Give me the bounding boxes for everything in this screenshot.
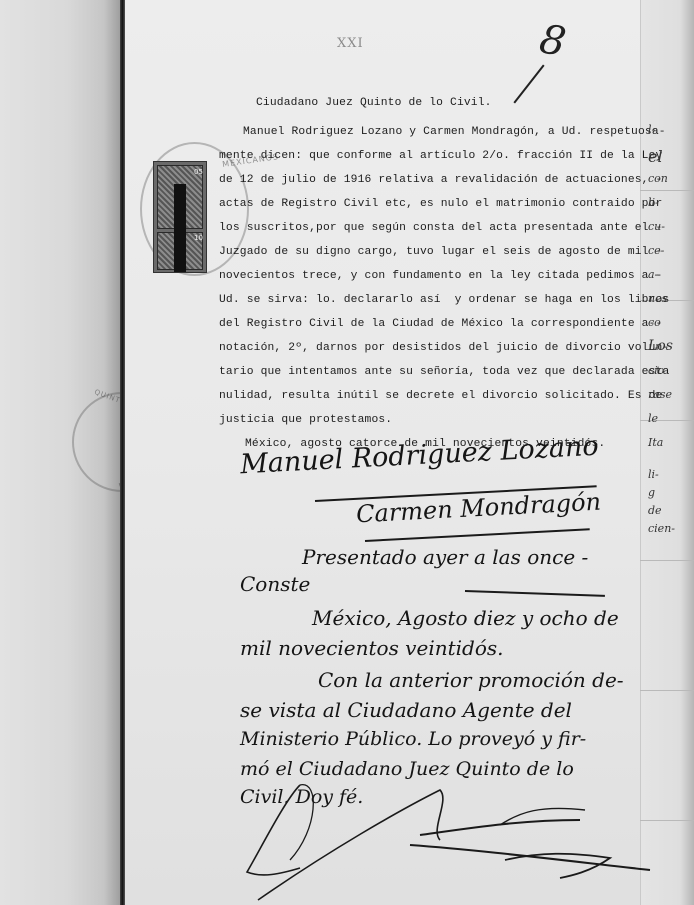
margin-fragment: cio	[648, 364, 664, 377]
court-note-line: mil novecientos veintidós.	[240, 636, 504, 660]
margin-fragment: cu-	[648, 220, 665, 233]
court-note-line: México, Agosto diez y ocho de	[312, 606, 619, 630]
page-shadow	[680, 0, 694, 905]
court-note-line: Ministerio Público. Lo proveyó y fir-	[240, 728, 586, 750]
petition-line: Ud. se sirva: lo. declararlo así y orden…	[219, 294, 669, 306]
stamp-value-bottom: 10	[194, 234, 203, 242]
petition-line: de 12 de julio de 1916 relativa a revali…	[219, 174, 662, 186]
court-note-line: Conste	[240, 572, 310, 596]
margin-fragment: le	[648, 412, 658, 425]
court-note-line: Con la anterior promoción de-	[318, 668, 624, 692]
margin-fragment: nes	[648, 292, 667, 305]
petition-line: del Registro Civil de la Ciudad de Méxic…	[219, 318, 662, 330]
court-note-line: mó el Ciudadano Juez Quinto de lo	[240, 758, 574, 780]
petition-line: Juzgado de su digno cargo, tuvo lugar el…	[219, 246, 662, 258]
stamp-cancel-bar	[174, 184, 186, 272]
stamp-value-top: 05	[194, 168, 203, 176]
revenue-stamps: 05 10	[153, 161, 207, 273]
petition-line: notación, 2º, darnos por desistidos del …	[219, 342, 669, 354]
margin-fragment: ce-	[648, 244, 664, 257]
petition-line: nulidad, resulta inútil se decrete el di…	[219, 390, 662, 402]
petition-line: tario que intentamos ante su señoría, to…	[219, 366, 669, 378]
margin-fragment: li-	[648, 196, 659, 209]
margin-fragment: de	[648, 504, 662, 517]
margin-fragment: rase	[648, 388, 672, 401]
margin-fragment: l-	[648, 123, 655, 136]
margin-fragment: co	[648, 316, 661, 329]
court-note-line: Civil. Doy fé.	[240, 786, 363, 808]
margin-fragment: Los	[648, 338, 673, 354]
margin-fragment: a-	[648, 268, 658, 281]
petition-line: novecientos trece, y con fundamento en l…	[219, 270, 662, 282]
court-note-line: Presentado ayer a las once -	[302, 545, 588, 569]
court-note-line: se vista al Ciudadano Agente del	[240, 698, 572, 722]
margin-fragment: el	[648, 147, 663, 166]
margin-fragment: Ita	[648, 436, 663, 449]
petition-line: actas de Registro Civil etc, es nulo el …	[219, 198, 662, 210]
faint-top-mark: XXI	[337, 36, 364, 51]
margin-fragment: g	[648, 486, 655, 499]
margin-fragment: con	[648, 172, 668, 185]
petition-line: mente dicen: que conforme al artículo 2/…	[219, 150, 662, 162]
petition-line: los suscritos,por que según consta del a…	[219, 222, 662, 234]
addressee-line: Ciudadano Juez Quinto de lo Civil.	[256, 97, 492, 109]
margin-fragment: li-	[648, 468, 659, 481]
petition-line: justicia que protestamos.	[219, 414, 392, 426]
margin-fragment: cien-	[648, 522, 675, 535]
petition-line: Manuel Rodriguez Lozano y Carmen Mondrag…	[243, 126, 666, 138]
